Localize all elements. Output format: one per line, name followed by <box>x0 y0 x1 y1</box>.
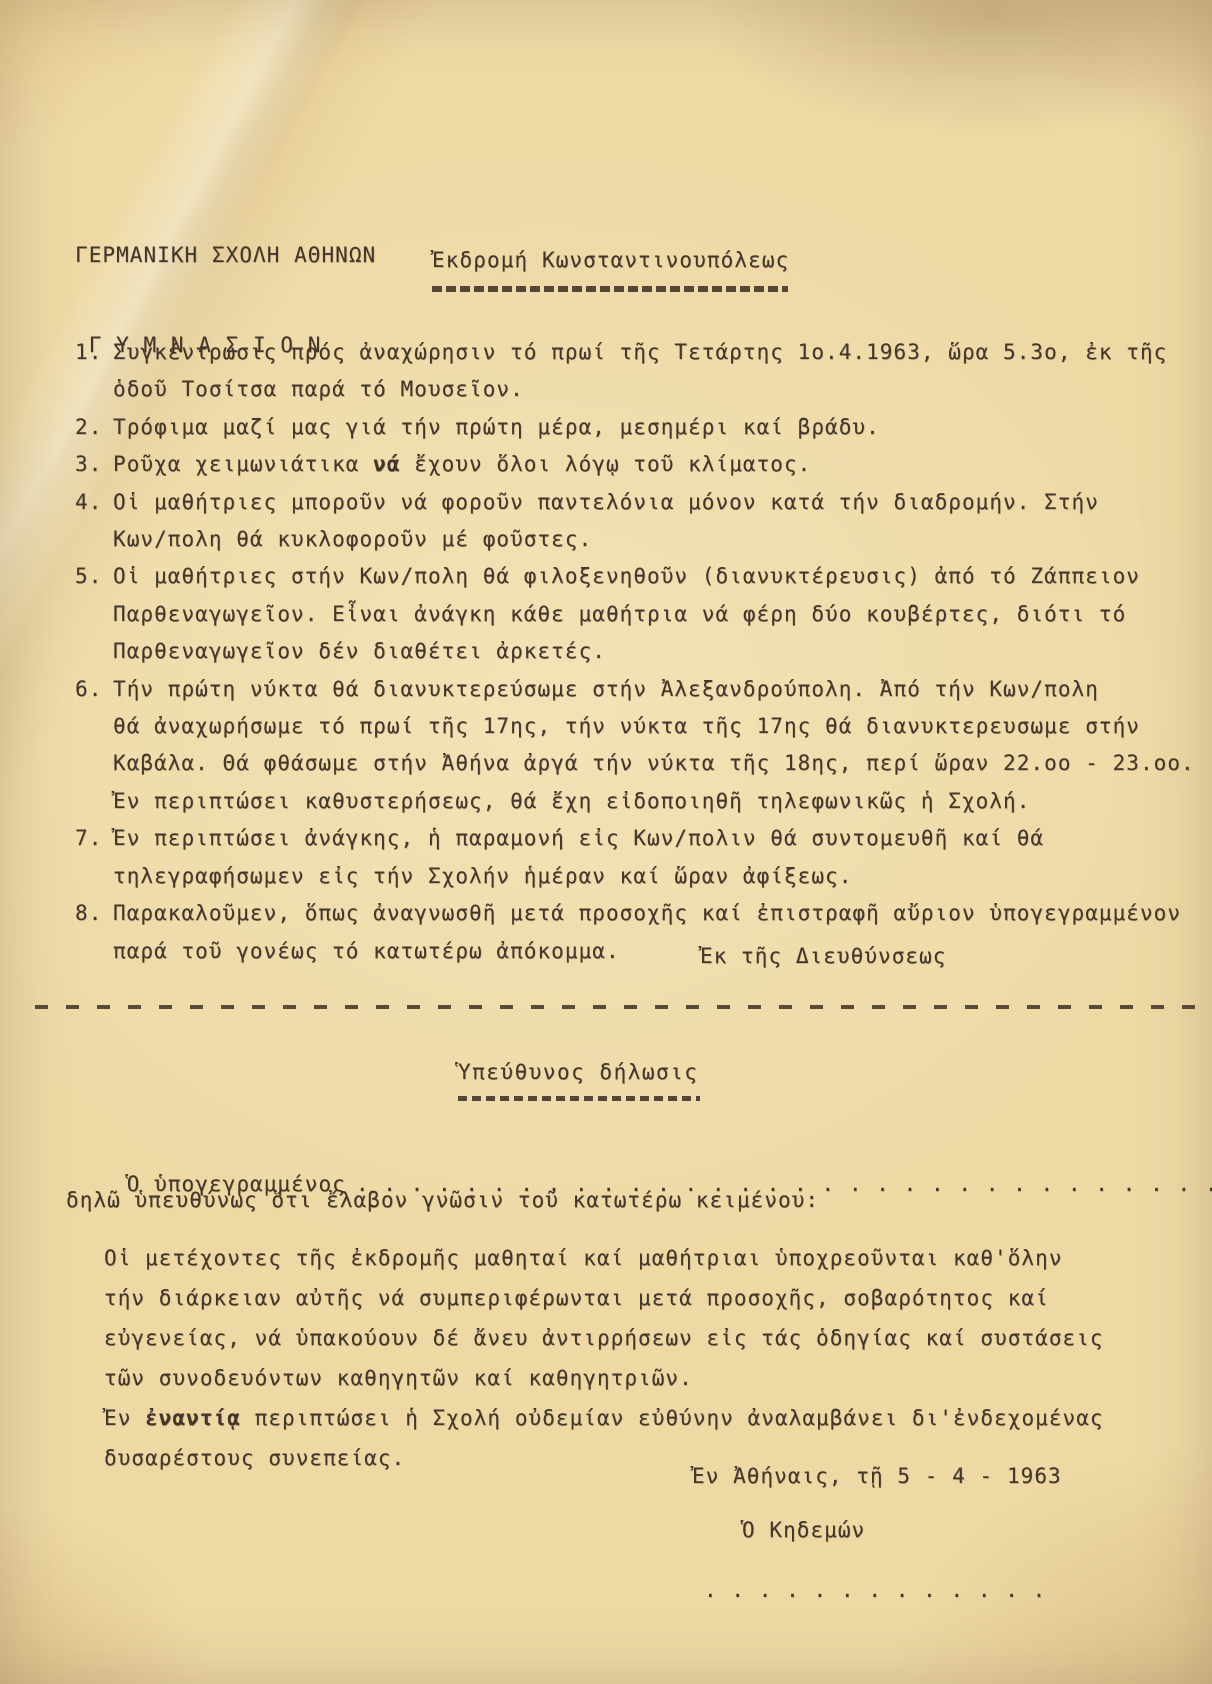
declaration-heading-underline <box>458 1096 700 1101</box>
item-line: Παρθεναγωγεῖον δέν διαθέτει ἀρκετές. <box>113 633 1209 670</box>
list-item: 6.Τήν πρώτη νύκτα θά διανυκτερεύσωμε στή… <box>75 671 1209 821</box>
list-item: 5.Οἱ μαθήτριες στήν Κων/πολη θά φιλοξενη… <box>75 558 1209 670</box>
list-item: 1.Συγκέντρωσις πρός ἀναχώρησιν τό πρωί τ… <box>75 334 1209 409</box>
item-number: 7. <box>75 820 113 895</box>
item-line: Παρακαλοῦμεν, ὅπως ἀναγνωσθῆ μετά προσοχ… <box>113 895 1209 932</box>
item-number: 1. <box>75 334 113 409</box>
item-line: Ἐν περιπτώσει ἀνάγκης, ἡ παραμονή εἰς Κω… <box>113 820 1209 857</box>
declaration-line: Ἐν ἐναντίᾳ περιπτώσει ἡ Σχολή οὐδεμίαν ε… <box>104 1398 1104 1438</box>
title-underline <box>432 286 788 292</box>
item-number: 4. <box>75 484 113 559</box>
declaration-line: εὐγενείας, νά ὑπακούουν δέ ἄνευ ἀντιρρήσ… <box>104 1318 1104 1358</box>
excursion-list: 1.Συγκέντρωσις πρός ἀναχώρησιν τό πρωί τ… <box>75 334 1209 970</box>
item-line: ὁδοῦ Τοσίτσα παρά τό Μουσεῖον. <box>113 371 1209 408</box>
item-number: 2. <box>75 409 113 446</box>
item-line: Ἐν περιπτώσει καθυστερήσεως, θά ἔχη εἰδο… <box>113 783 1209 820</box>
item-line: παρά τοῦ γονέως τό κατωτέρω ἀπόκομμα. <box>113 933 1209 970</box>
declaration-intro: δηλῶ ὑπευθύνως ὅτι ἔλαβον γνῶσιν τοῦ κατ… <box>66 1188 819 1212</box>
item-number: 6. <box>75 671 113 821</box>
item-line: Παρθεναγωγεῖον. Εἶναι ἀνάγκη κάθε μαθήτρ… <box>113 596 1209 633</box>
declaration-heading: Ὑπεύθυνος δήλωσις <box>458 1060 698 1084</box>
cut-line <box>35 1005 1210 1009</box>
guardian-signature-dots: . . . . . . . . . . . . . <box>704 1578 1046 1602</box>
item-line: Ροῦχα χειμωνιάτικα νά ἔχουν ὅλοι λόγῳ το… <box>113 446 1209 483</box>
item-line: Καβάλα. Θά φθάσωμε στήν Ἀθήνα ἀργά τήν ν… <box>113 745 1209 782</box>
list-item: 8.Παρακαλοῦμεν, ὅπως ἀναγνωσθῆ μετά προσ… <box>75 895 1209 970</box>
document-title: Ἐκδρομή Κωνσταντινουπόλεως <box>432 248 789 272</box>
school-name: ΓΕΡΜΑΝΙΚΗ ΣΧΟΛΗ ΑΘΗΝΩΝ <box>75 240 376 270</box>
item-line: θά ἀναχωρήσωμε τό πρωί τῆς 17ης, τήν νύκ… <box>113 708 1209 745</box>
item-line: Τήν πρώτη νύκτα θά διανυκτερεύσωμε στήν … <box>113 671 1209 708</box>
item-line: Συγκέντρωσις πρός ἀναχώρησιν τό πρωί τῆς… <box>113 334 1209 371</box>
list-item: 3.Ροῦχα χειμωνιάτικα νά ἔχουν ὅλοι λόγῳ … <box>75 446 1209 483</box>
list-item: 2.Τρόφιμα μαζί μας γιά τήν πρώτη μέρα, μ… <box>75 409 1209 446</box>
item-line: Οἱ μαθήτριες μποροῦν νά φοροῦν παντελόνι… <box>113 484 1209 521</box>
declaration-line: Οἱ μετέχοντες τῆς ἐκδρομῆς μαθηταί καί μ… <box>104 1238 1104 1278</box>
item-number: 5. <box>75 558 113 670</box>
item-number: 8. <box>75 895 113 970</box>
guardian-label: Ὁ Κηδεμών <box>742 1518 865 1542</box>
place-date: Ἐν Ἀθήναις, τῇ 5 - 4 - 1963 <box>692 1464 1062 1488</box>
declaration-line: τῶν συνοδευόντων καθηγητῶν καί καθηγητρι… <box>104 1358 1104 1398</box>
list-item: 4.Οἱ μαθήτριες μποροῦν νά φοροῦν παντελό… <box>75 484 1209 559</box>
list-item: 7.Ἐν περιπτώσει ἀνάγκης, ἡ παραμονή εἰς … <box>75 820 1209 895</box>
item-line: Κων/πολη θά κυκλοφοροῦν μέ φοῦστες. <box>113 521 1209 558</box>
from-direction-signoff: Ἐκ τῆς Διευθύνσεως <box>700 944 946 968</box>
declaration-line: τήν διάρκειαν αὐτῆς νά συμπεριφέρωνται μ… <box>104 1278 1104 1318</box>
scanned-document-page: ΓΕΡΜΑΝΙΚΗ ΣΧΟΛΗ ΑΘΗΝΩΝ Γ Υ Μ Ν Α Σ Ι Ο Ν… <box>0 0 1212 1684</box>
item-line: τηλεγραφήσωμεν εἰς τήν Σχολήν ἡμέραν καί… <box>113 858 1209 895</box>
declaration-body: Οἱ μετέχοντες τῆς ἐκδρομῆς μαθηταί καί μ… <box>104 1238 1104 1478</box>
item-line: Οἱ μαθήτριες στήν Κων/πολη θά φιλοξενηθο… <box>113 558 1209 595</box>
item-line: Τρόφιμα μαζί μας γιά τήν πρώτη μέρα, μεσ… <box>113 409 1209 446</box>
item-number: 3. <box>75 446 113 483</box>
